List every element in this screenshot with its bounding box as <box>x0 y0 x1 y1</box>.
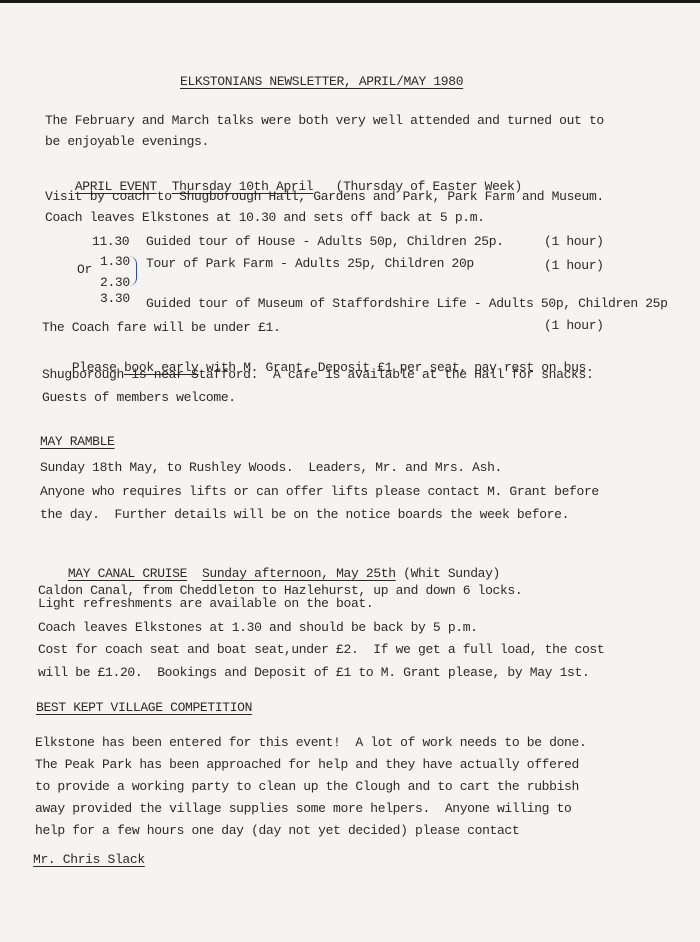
may-ramble-heading: MAY RAMBLE <box>40 434 115 450</box>
schedule-desc-1: Guided tour of House - Adults 50p, Child… <box>146 234 504 250</box>
schedule-desc-2: Tour of Park Farm - Adults 25p, Children… <box>146 256 474 272</box>
canal-heading: MAY CANAL CRUISE <box>68 566 187 581</box>
village-line-2: The Peak Park has been approached for he… <box>35 757 579 773</box>
schedule-time-2: 1.30 <box>100 254 130 270</box>
intro-line-2: be enjoyable evenings. <box>45 134 209 150</box>
schedule-time-1: 11.30 <box>92 234 129 250</box>
canal-line-3: Coach leaves Elkstones at 1.30 and shoul… <box>38 620 478 636</box>
intro-line-1: The February and March talks were both v… <box>45 113 604 129</box>
april-line-1: Visit by coach to Shugborough Hall, Gard… <box>45 189 604 205</box>
april-more-2: Guests of members welcome. <box>42 390 236 406</box>
village-line-3: to provide a working party to clean up t… <box>35 779 579 795</box>
village-heading: BEST KEPT VILLAGE COMPETITION <box>36 700 252 716</box>
ramble-line-3: the day. Further details will be on the … <box>40 507 569 523</box>
ramble-line-2: Anyone who requires lifts or can offer l… <box>40 484 599 500</box>
schedule-duration-4: (1 hour) <box>544 318 604 334</box>
canal-line-4: Cost for coach seat and boat seat,under … <box>38 642 604 658</box>
newsletter-title: ELKSTONIANS NEWSLETTER, APRIL/MAY 1980 <box>180 74 463 90</box>
village-line-5: help for a few hours one day (day not ye… <box>35 823 519 839</box>
schedule-desc-4: Guided tour of Museum of Staffordshire L… <box>146 296 668 312</box>
village-line-1: Elkstone has been entered for this event… <box>35 735 586 751</box>
ramble-line-1: Sunday 18th May, to Rushley Woods. Leade… <box>40 460 502 476</box>
schedule-duration-1: (1 hour) <box>544 234 604 250</box>
schedule-duration-2: (1 hour) <box>544 258 604 274</box>
canal-line-5: will be £1.20. Bookings and Deposit of £… <box>38 665 589 681</box>
village-line-4: away provided the village supplies some … <box>35 801 572 817</box>
canal-date: Sunday afternoon, May 25th <box>202 566 396 581</box>
village-contact: Mr. Chris Slack <box>33 852 145 868</box>
april-line-2: Coach leaves Elkstones at 10.30 and sets… <box>45 210 485 226</box>
canal-note: (Whit Sunday) <box>403 566 500 581</box>
coach-fare: The Coach fare will be under £1. <box>42 320 280 336</box>
canal-line-2: Light refreshments are available on the … <box>38 596 373 612</box>
schedule-or: Or <box>77 262 92 278</box>
schedule-time-4: 3.30 <box>100 291 130 307</box>
schedule-time-3: 2.30 <box>100 275 130 291</box>
newsletter-page: ELKSTONIANS NEWSLETTER, APRIL/MAY 1980 T… <box>0 0 700 942</box>
april-more-1: Shugborough is near Stafford. A cafe is … <box>42 367 593 383</box>
